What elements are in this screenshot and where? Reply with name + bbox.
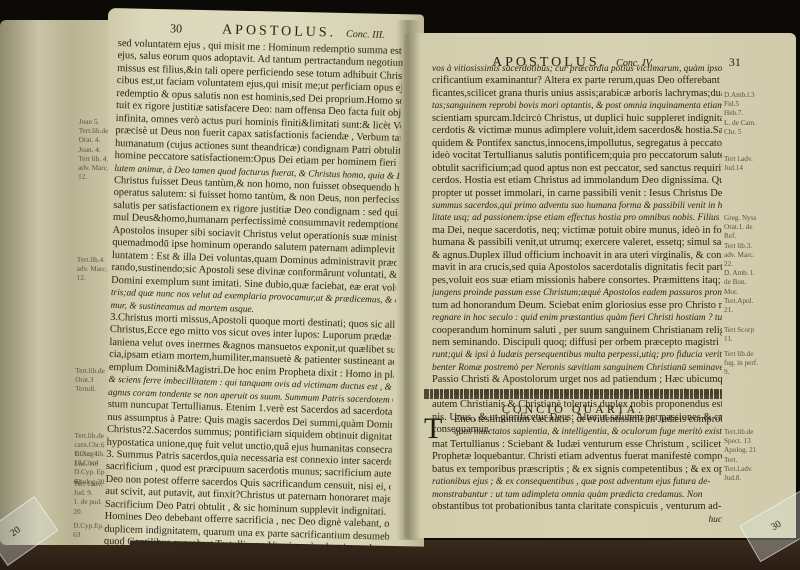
text-line: summus sacerdos,qui primo adventu suo hu… (432, 200, 722, 212)
margin-note-line: Tert.lib.4. (77, 256, 108, 266)
margin-note-line: Orat.3 (75, 376, 105, 386)
catchword: huc (432, 514, 722, 526)
margin-note: Tert lib.defug. in perf.9. (724, 350, 758, 378)
margin-note-line: L. de Cam. (724, 119, 756, 128)
text-line: humana & passibili venit,ut utrumq; exer… (432, 237, 722, 249)
margin-note-line: Tert.lib.de (724, 428, 756, 437)
text-line: batus ex temporibus præscriptis ; & ex s… (432, 464, 722, 476)
text-line: Prophetæ loquebantur. Christi etiam adve… (432, 451, 722, 463)
right-page-text: vos à vitiosissimis sacerdotibus; cur pr… (432, 63, 722, 437)
margin-note: Apolog.30 (74, 478, 105, 488)
margin-note-line: D. Amb. l. (724, 269, 756, 278)
text-line: regnare in hoc seculo : quid enim præsta… (432, 312, 722, 324)
margin-note-line: adv. Marc. (78, 164, 109, 174)
text-line: quos mulctatos sapientia, & intelligenti… (432, 426, 722, 438)
text-line: runt;qui & ipsi à Iudæis persequentibus … (432, 349, 722, 361)
margin-note-line: Joan. 4. (78, 145, 109, 155)
margin-note-line: Joan 5. (79, 118, 110, 128)
margin-note-line: Tertull. (75, 385, 105, 395)
margin-note-line: Ref. (724, 232, 756, 241)
text-line: vos à vitiosissimis sacerdotibus; cur pr… (432, 63, 722, 75)
margin-note-line: Spect. 13 (724, 437, 756, 446)
ruler-mark: 20 (8, 524, 23, 539)
text-line: Passio Christi & Apostolorum urget nos a… (432, 374, 722, 386)
margin-note-line: Tert l.adv. (724, 155, 753, 164)
text-line: crificantium examinantur? Altera ex part… (432, 75, 722, 87)
text-line: mavit in ara crucis,sed quia Apostolos s… (432, 262, 722, 274)
margin-note-line: Apolog. 21 (724, 446, 756, 455)
margin-note-line: 12. (78, 173, 109, 183)
text-line: cerdotis & victimæ munus adimplere volui… (432, 125, 722, 137)
running-title: APOSTOLUS. (222, 23, 337, 41)
text-line: cooperandum hominum saluti , per suum sa… (432, 325, 722, 337)
margin-note-line: D.Aug lib. (74, 450, 105, 460)
margin-note: Greg. NyssOrat.1. deRef.Tert lib.3.adv. … (724, 214, 756, 315)
margin-note-line: Jud. 9. (74, 489, 103, 499)
margin-note-line: 12. (77, 274, 108, 284)
margin-note-line: D.Cyp. Ep (74, 468, 105, 478)
margin-note-line: Orat.1. de (724, 223, 756, 232)
page-number: 30 (170, 21, 182, 35)
margin-note-line: 21. (724, 306, 756, 315)
margin-note-line: 1. de pud. (74, 498, 103, 508)
text-line: tas;sanguinem reprobi bovis mori optanti… (432, 100, 722, 112)
margin-note-line: 10.Civ.4 (74, 459, 105, 469)
margin-note-line: Heb.7. (724, 109, 756, 118)
margin-note-line: 22. (724, 260, 756, 269)
margin-note-line: de Bon. (724, 278, 756, 287)
text-line: monstrabantur : ut tam adimpleta omnia q… (432, 489, 722, 501)
margin-note-line: Fid.5 (724, 100, 756, 109)
margin-note-line: Apolog.30 (74, 478, 105, 488)
margin-note-line: fug. in perf. (724, 359, 758, 368)
text-line: obtulit sacrificium;ad quod aptus non es… (432, 163, 722, 175)
margin-note: Tert.lib.4.adv. Marc.12. (77, 256, 108, 284)
text-line: obstantibus tot probationibus tanta clar… (432, 501, 722, 513)
margin-note-line: 9. (724, 368, 758, 377)
margin-note-line: 20. (73, 507, 102, 517)
margin-note-line: 11. (724, 335, 754, 344)
margin-note: Tert l.adv.Jud.14 (724, 155, 753, 173)
margin-note-line: Tert Scorp (724, 326, 754, 335)
text-line: ficantes,scilicet grana thuris unius ass… (432, 88, 722, 100)
margin-note-line: Greg. Nyss (724, 214, 756, 223)
margin-note: Joan 5.Tert.lib.deOrat. 4.Joan. 4.Tert l… (78, 118, 109, 183)
margin-note-line: Mor. (724, 288, 756, 297)
text-line: cerdos. Hostia est etiam Christus ad imm… (432, 175, 722, 187)
margin-note-line: Orat. 4. (79, 136, 110, 146)
page-number: 31 (729, 55, 741, 69)
text-line: ma Dei, neque sacerdotis, neq; victimæ p… (432, 225, 722, 237)
margin-note-line: Chr. 5 (724, 128, 756, 137)
text-line: quidem & Pontifex sanctus,innocens,impol… (432, 138, 722, 150)
margin-note-line: Tert.lib.de (79, 127, 110, 137)
text-line: mat Tertullianus : Sciebant & Iudæi vent… (432, 439, 722, 451)
margin-note: Tert.lib.deSpect. 13Apolog. 21Tert.Tert.… (724, 428, 756, 483)
text-line: pes,voluit eos suæ etiam missionis haber… (432, 275, 722, 287)
margin-note-line: D.Cyp.Ep. (73, 522, 104, 532)
left-page-text: sed voluntatem ejus , qui misit me : Hom… (103, 38, 402, 569)
text-line: jungens proinde passum esse Christum;æqu… (432, 287, 722, 299)
text-line: tum ad honorandum Deum. Sciebat enim glo… (432, 300, 722, 312)
margin-note-line: Tert lib. 4. (78, 155, 109, 165)
book-photograph: 30APOSTOLUS.Conc. III. sed voluntatem ej… (0, 0, 800, 570)
margin-note-line: Jud.8. (724, 474, 756, 483)
margin-note-line: Tert lib.3. (724, 242, 756, 251)
ruler-mark: 30 (769, 519, 783, 534)
margin-note: D.Amb.l.3Fid.5Heb.7.L. de Cam.Chr. 5 (724, 91, 756, 137)
text-line: ideò vocitat Tertullianus salutis pontif… (432, 150, 722, 162)
margin-note-line: D.Amb.l.3 (724, 91, 756, 100)
text-line: nem seminando. Discipuli quoq; diffusi p… (432, 337, 722, 349)
margin-note-line: Tert. (724, 456, 756, 465)
text-line: scientiam spurcam.Idcircò Christus, ut d… (432, 113, 722, 125)
margin-note-line: adv. Marc. (77, 265, 108, 275)
margin-note-line: Tert.lib.de (75, 367, 105, 377)
margin-note-line: Tert.l.adv. (724, 465, 756, 474)
margin-note-line: Tert.Apol. (724, 297, 756, 306)
margin-note-line: 63 (73, 531, 104, 541)
text-line: benter Romæ postremò per Neronis sævitia… (432, 362, 722, 374)
margin-note-line: Jud.14 (724, 164, 753, 173)
concio-label: Conc. III. (346, 29, 385, 41)
margin-note: Tert Scorp11. (724, 326, 754, 344)
text-line: propter ut posset immolari, in carne pas… (432, 188, 722, 200)
text-line: & agnus.Duplex illud officium inchoavit … (432, 250, 722, 262)
margin-note: Tert.lib.deOrat.3Tertull. (75, 367, 105, 395)
section-text: Eneo testimonium cæcitatis , ut evidenti… (432, 414, 722, 526)
text-line: Eneo testimonium cæcitatis , ut evidenti… (432, 414, 722, 426)
margin-note-line: adv. Marc. (724, 251, 756, 260)
text-line: rationibus ejus ; & ex consequentibus , … (432, 476, 722, 488)
margin-note-line: Tert lib.de (724, 350, 758, 359)
ornamental-border (424, 389, 722, 399)
text-line: litate usq; ad passionem:ipse etiam effe… (432, 212, 722, 224)
margin-note-line: Tert.lib.de (74, 432, 104, 442)
margin-note: D.Cyp.Ep.63 (73, 522, 104, 541)
